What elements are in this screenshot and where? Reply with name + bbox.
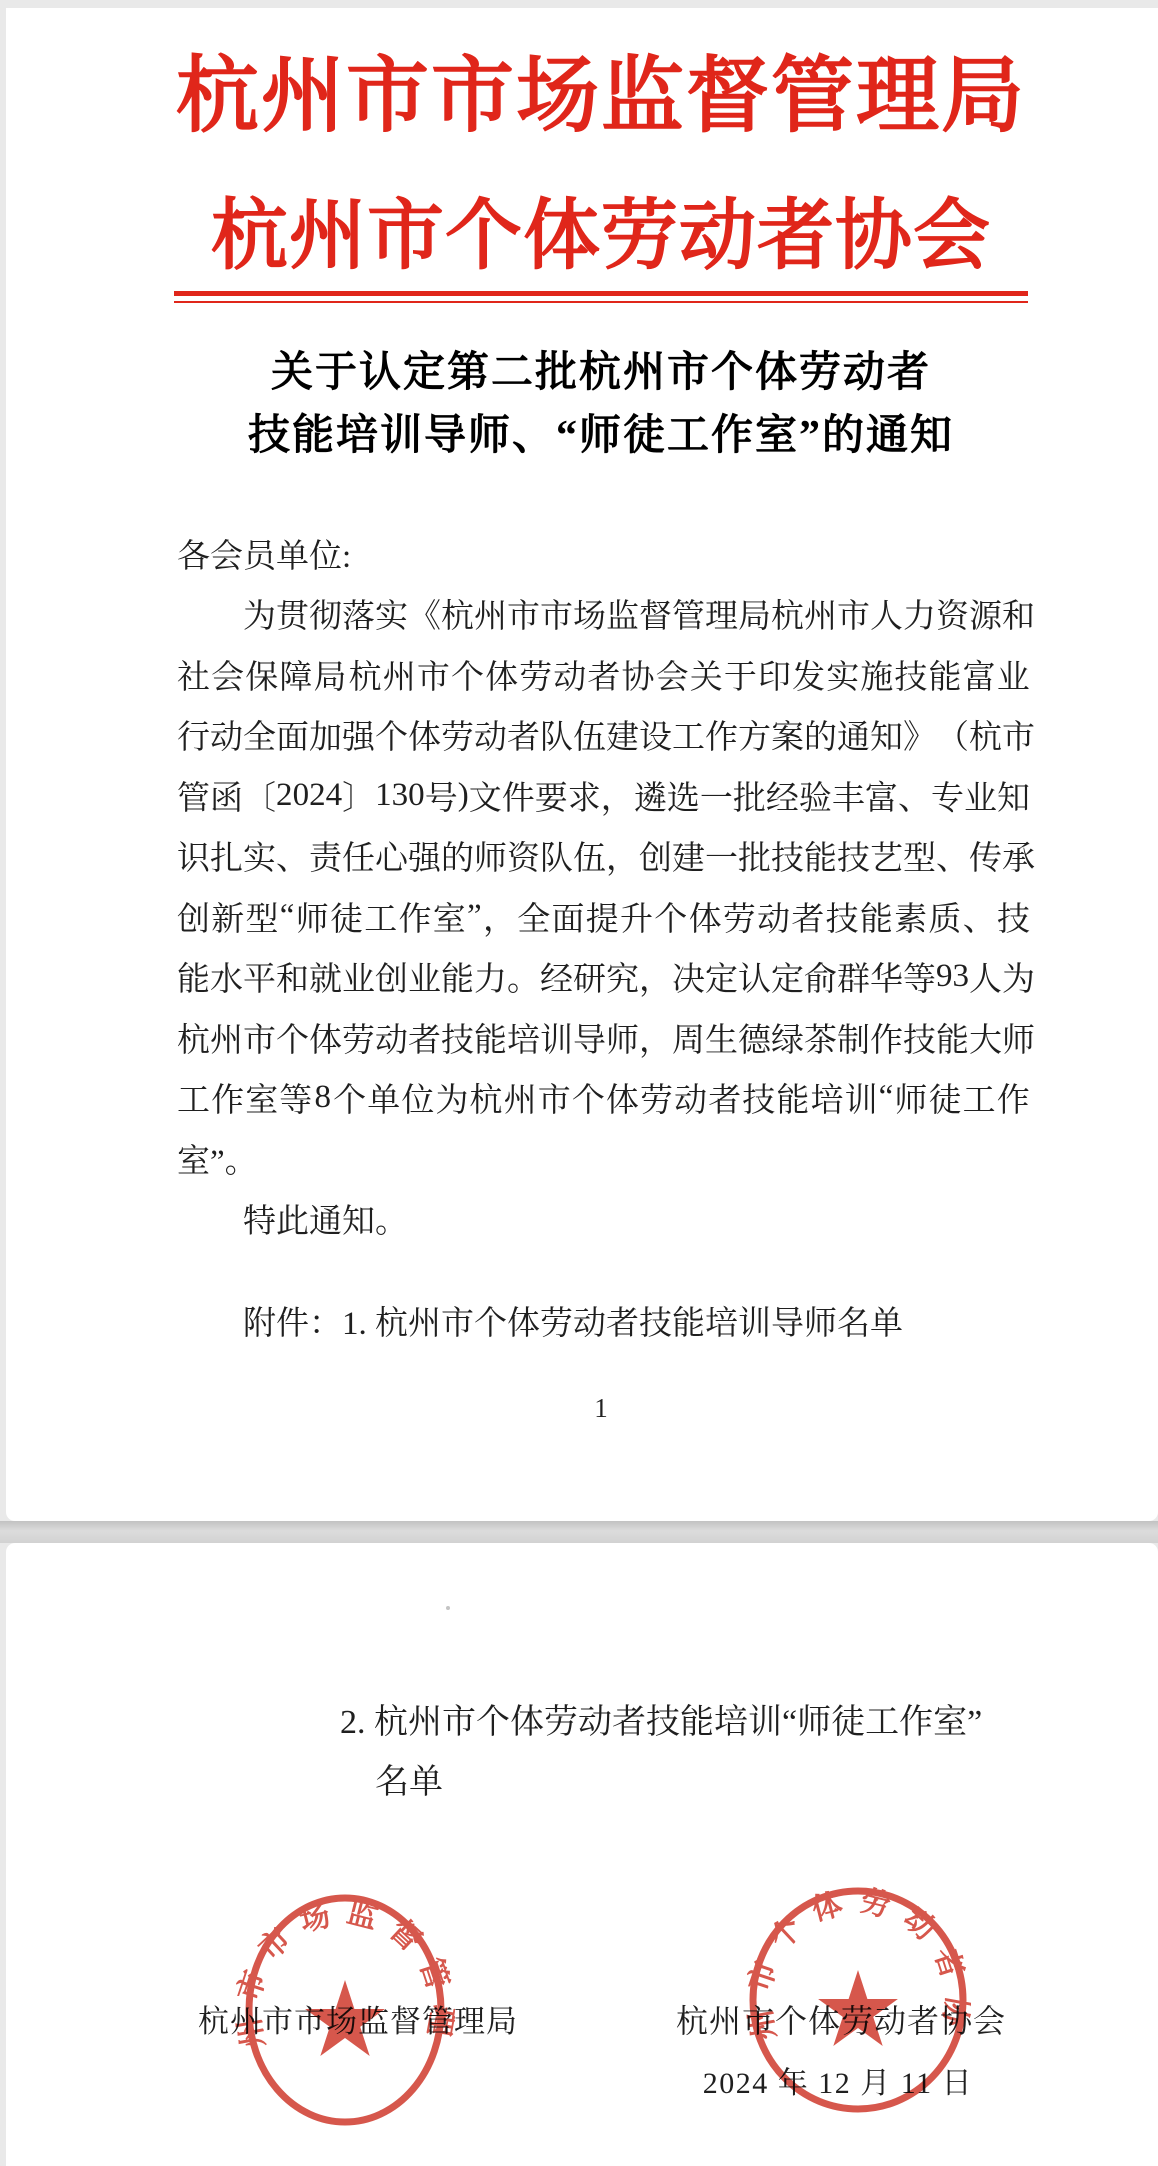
seal-star-icon xyxy=(818,1970,898,2046)
official-seal-left: 杭州市市场监督管理局 xyxy=(235,1888,455,2132)
letterhead-rule-thin xyxy=(174,301,1028,303)
document-viewer: { "document": { "page1": { "header_org1"… xyxy=(0,0,1158,2166)
attachment-2-label-line-1: 2. 杭州市个体劳动者技能培训“师徒工作室” xyxy=(340,1688,1060,1748)
notice-title-line-2: 技能培训导师、“师徒工作室”的通知 xyxy=(174,405,1028,468)
body-line: 工作室等 8 个单位为杭州市个体劳动者技能培训“师徒工作 xyxy=(177,1067,1030,1127)
letterhead-org-2: 杭州市个体劳动者协会 xyxy=(174,186,1028,286)
attachment-2-label-line-2: 名单 xyxy=(375,1748,675,1808)
page-number: 1 xyxy=(174,1393,1028,1424)
page-separator xyxy=(0,1521,1158,1543)
body-line: 室”。 xyxy=(177,1128,1030,1188)
body-line: 社会保障局 杭州市个体劳动者协会关于印发实施技能富业 xyxy=(177,644,1030,704)
official-seal-right: 杭州市个体劳动者协会 xyxy=(745,1884,971,2116)
body-line: 为贯彻落实《杭州市市场监督管理局 杭州市人力资源和 xyxy=(243,583,1030,643)
salutation: 各会员单位: xyxy=(177,523,1030,583)
body-line: 杭州市个体劳动者技能培训导师，周生德绿茶制作技能大师 xyxy=(177,1007,1030,1067)
scan-speck xyxy=(446,1606,450,1610)
attachment-1-label: 附件：1. 杭州市个体劳动者技能培训导师名单 xyxy=(243,1290,1043,1350)
body-line: 管函〔2024〕130 号) 文件要求，遴选一批经验丰富、专业知 xyxy=(177,765,1030,825)
notice-title-line-1: 关于认定第二批杭州市个体劳动者 xyxy=(174,342,1028,405)
body-line: 能水平和就业创业能力。经研究，决定认定俞群华等 93 人为 xyxy=(177,946,1030,1006)
letterhead-org-1: 杭州市市场监督管理局 xyxy=(174,46,1028,146)
body-line: 行动 全面加强个体劳动者队伍建设工作方案的通知》（杭市 xyxy=(177,704,1030,764)
seal-star-icon xyxy=(305,1980,385,2056)
letterhead-rule-thick xyxy=(174,291,1028,296)
closing-line: 特此通知。 xyxy=(243,1188,1030,1248)
body-line: 识扎实、责任心强的师资队伍，创建一批技能技艺型、传承 xyxy=(177,825,1030,885)
body-line: 创新型“师徒工作室”，全面提升个体劳动者技能素质、技 xyxy=(177,886,1030,946)
